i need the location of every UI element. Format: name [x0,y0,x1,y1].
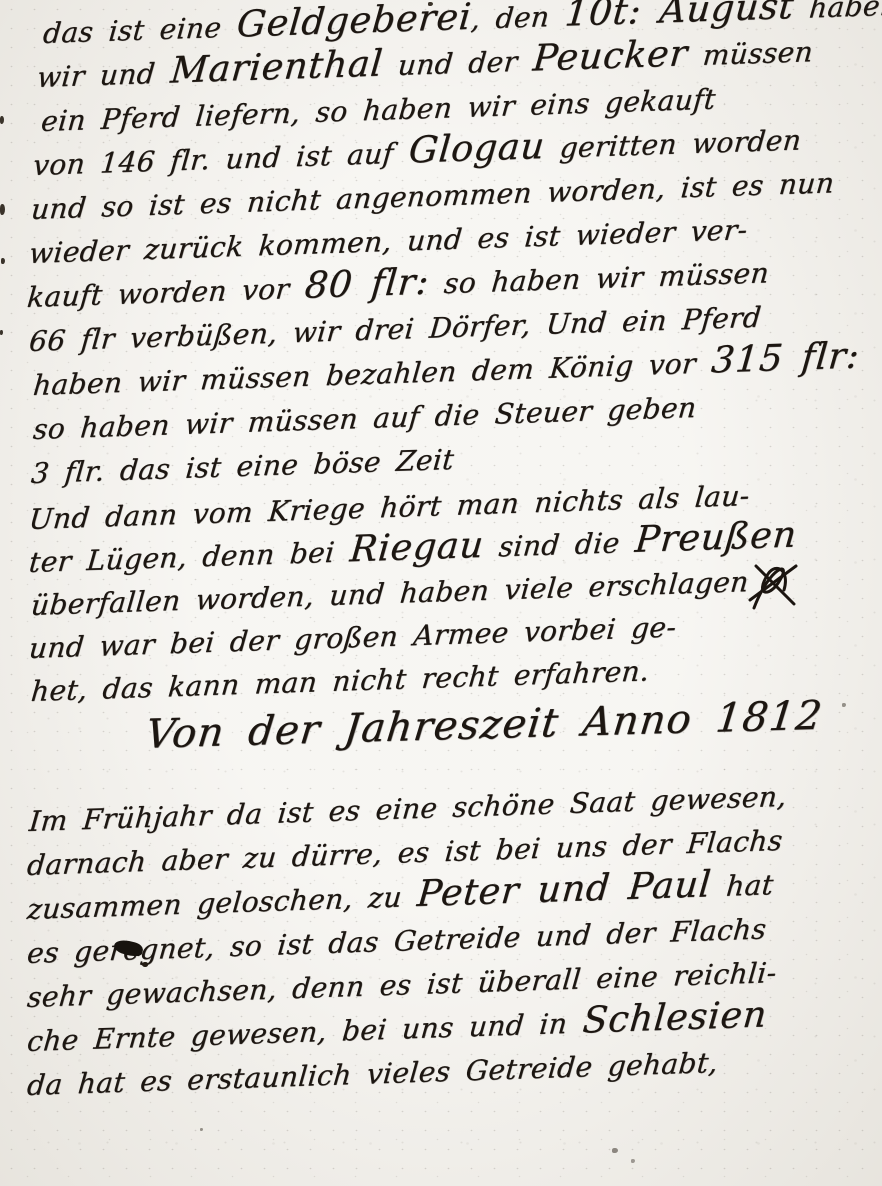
text-segment: kauft worden vor [26,272,306,314]
emphasized-word: Marienthal [169,41,385,91]
text-segment: geritten worden [543,123,803,165]
paper-speck [200,1128,203,1131]
paper-speck [1,258,5,264]
paragraph-money-affair: das ist eine Geldgeberei, den 10t: Augus… [26,12,882,496]
text-segment: , den [470,0,567,36]
text-segment: sind die [482,526,636,564]
paper-speck [631,1159,635,1163]
text-segment: ter Lügen, denn bei [28,535,352,579]
paper-speck [0,330,3,335]
text-segment: wir und [36,56,172,94]
paragraph-war-rumors: Und dann vom Kriege hört man nichts als … [26,498,882,713]
emphasized-word: Peucker [531,31,690,79]
manuscript-page: das ist eine Geldgeberei, den 10t: Augus… [0,0,882,1186]
emphasized-word: 315 flr: [710,333,862,381]
text-segment: zusammen geloschen, zu [26,880,419,926]
text-segment: 3 flr. das ist eine böse Zeit [30,443,456,490]
emphasized-word: 10t: August [563,0,796,35]
paper-speck [0,116,4,124]
paper-speck [612,1148,618,1153]
text-segment: müssen [686,35,815,72]
text-segment: hat [710,868,775,903]
text-segment: so haben wir müssen [427,256,770,300]
text-segment: haben [792,0,882,25]
section-heading: Von der Jahreszeit Anno 1812 [26,714,882,738]
emphasized-word: 80 flr: [303,260,431,307]
emphasized-word: Glogau [407,124,547,172]
text-segment: das ist eine [42,10,238,50]
emphasized-word: Schlesien [581,992,769,1041]
emphasized-word: Preußen [633,512,799,561]
emphasized-word: Geldgeberei [235,0,473,46]
emphasized-word: Riegau [348,523,486,571]
paper-speck [0,204,5,215]
text-segment: von 146 flr. und ist auf [32,136,410,182]
paragraph-season-1812: Im Frühjahr da ist es eine schöne Saat g… [26,800,882,1108]
text-segment: und der [381,44,534,82]
emphasized-word: Peter und Paul [415,862,713,915]
